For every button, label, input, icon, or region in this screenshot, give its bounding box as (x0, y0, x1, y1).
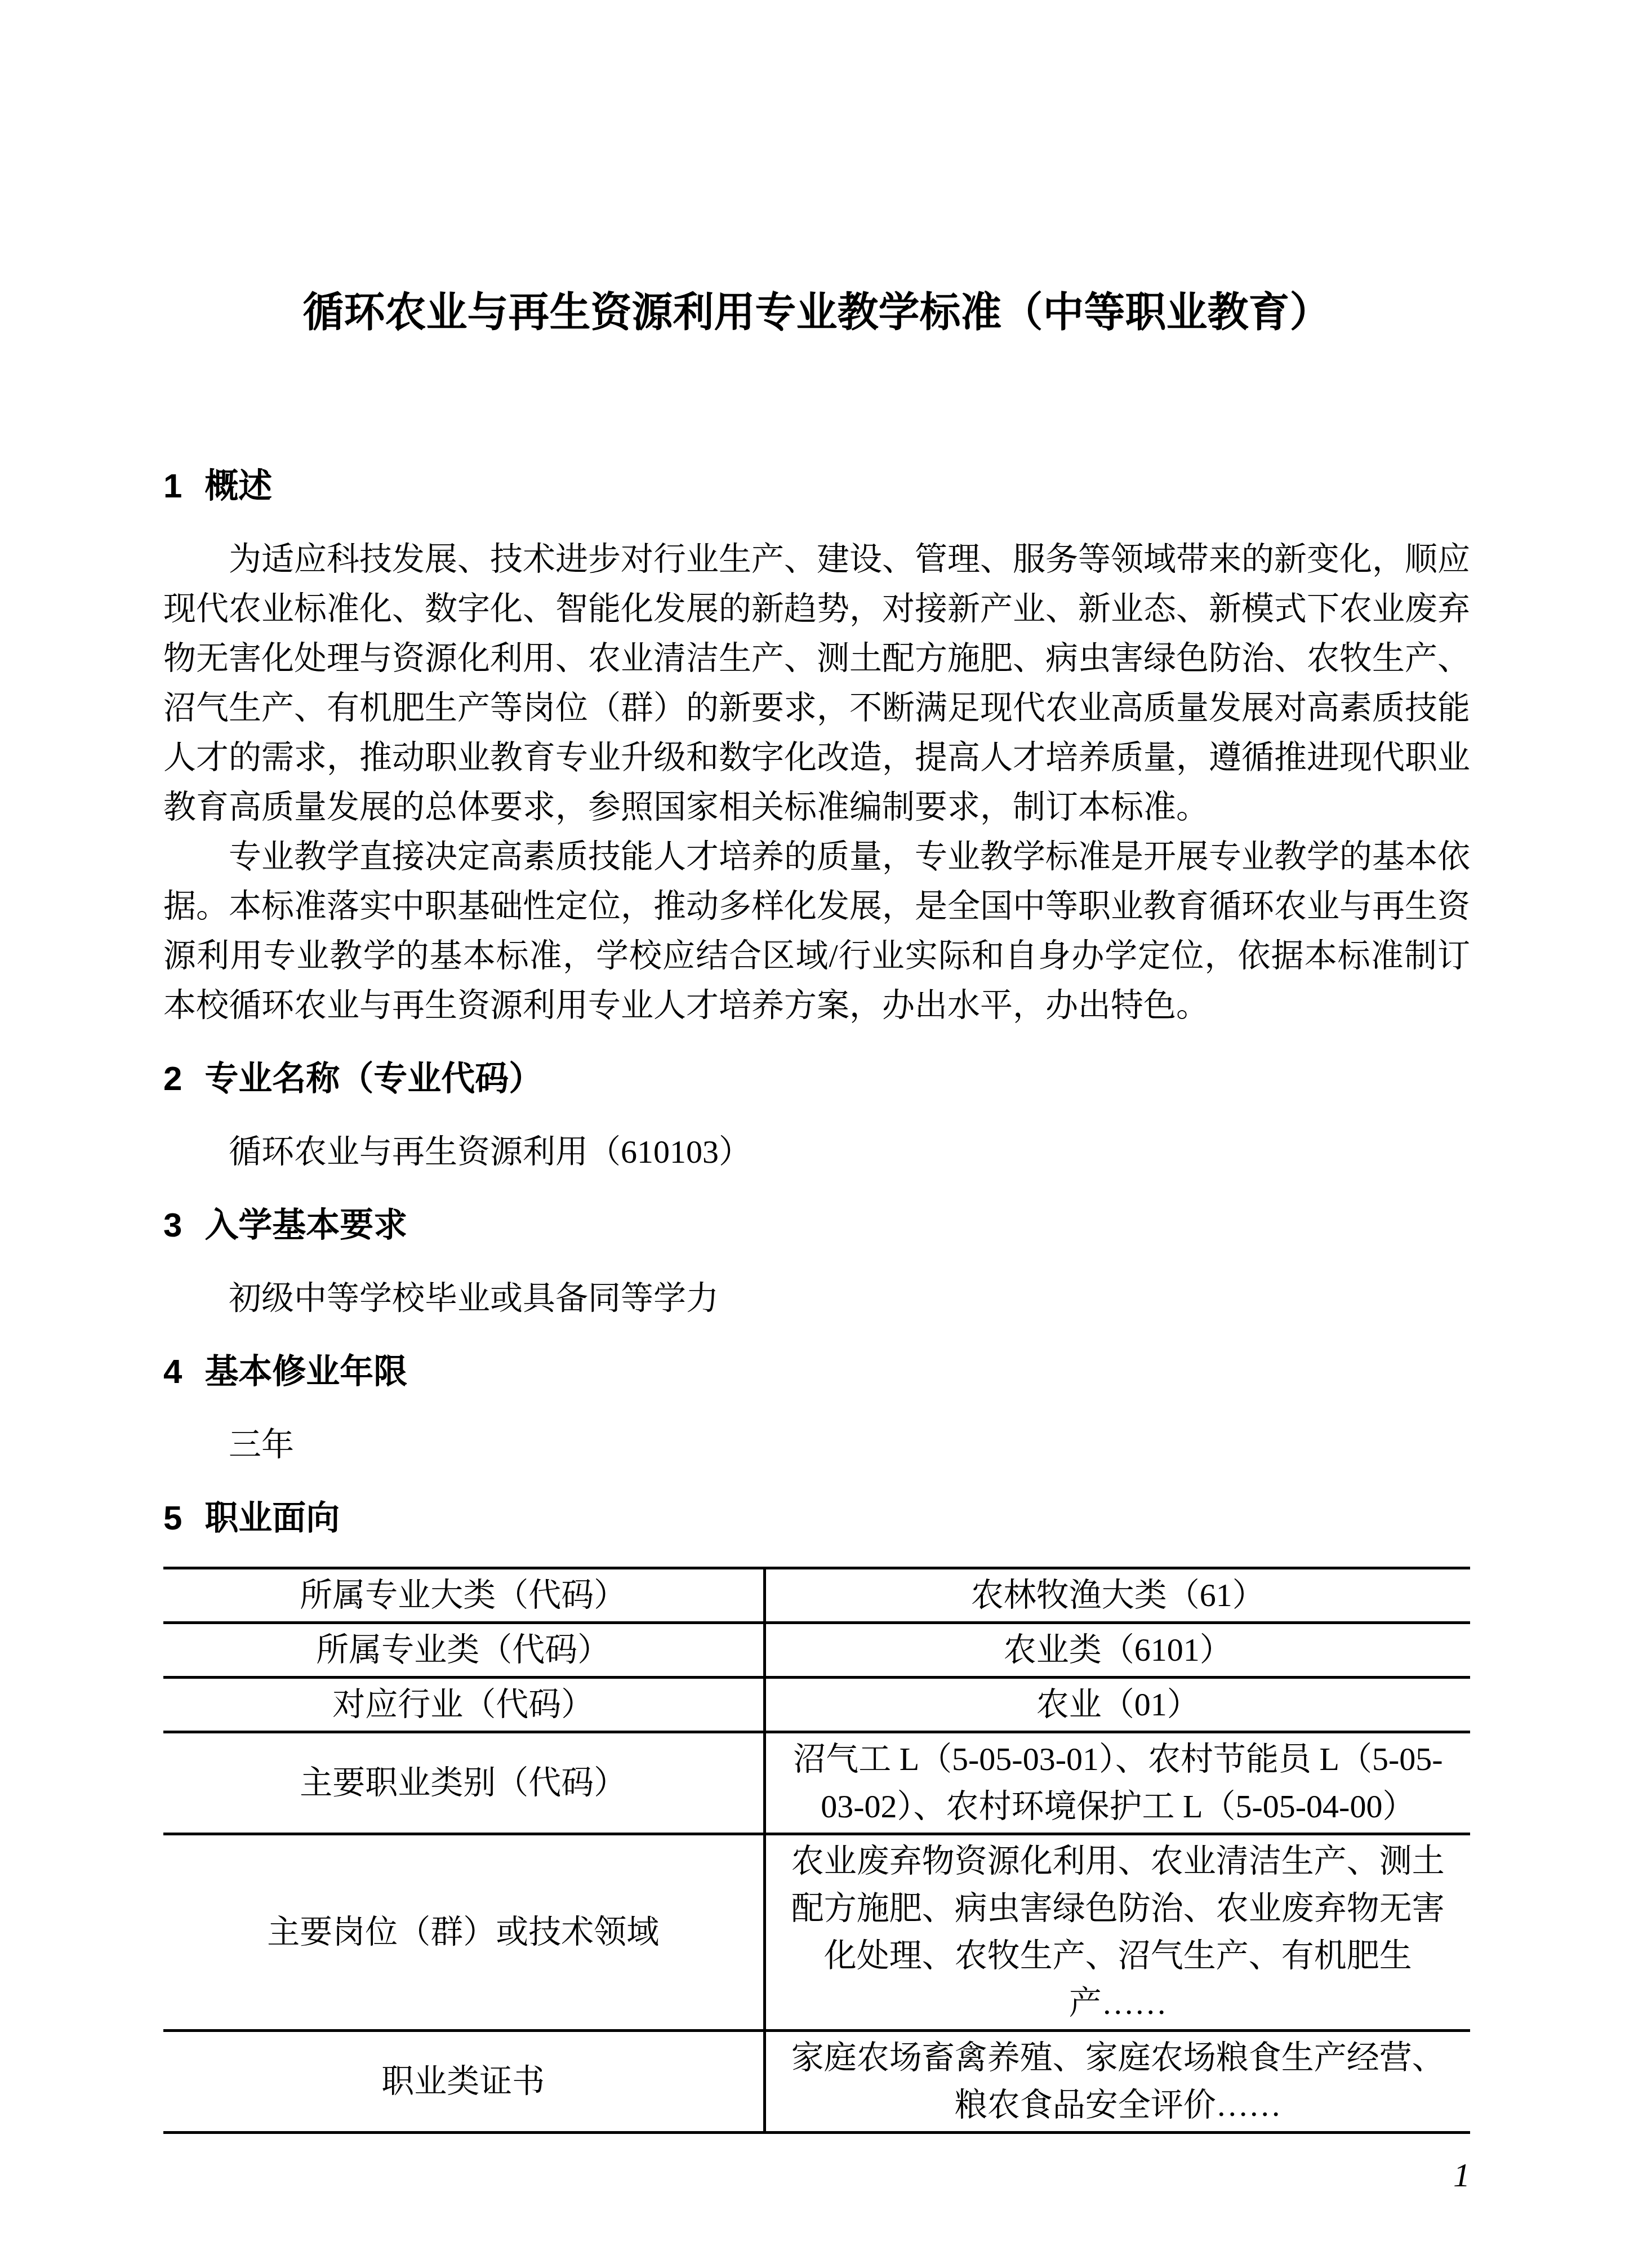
section-heading-label: 概述 (204, 467, 272, 505)
table-value-cell: 沼气工 L（5-05-03-01）、农村节能员 L（5-05-03-02）、农村… (764, 1732, 1470, 1834)
section-heading-label: 入学基本要求 (204, 1206, 407, 1244)
section-heading-label: 职业面向 (204, 1499, 340, 1537)
section-number: 5 (163, 1492, 182, 1544)
table-value-cell: 家庭农场畜禽养殖、家庭农场粮食生产经营、粮农食品安全评价…… (764, 2031, 1470, 2133)
table-row: 对应行业（代码） 农业（01） (163, 1678, 1470, 1732)
overview-paragraph-2: 专业教学直接决定高素质技能人才培养的质量，专业教学标准是开展专业教学的基本依据。… (163, 832, 1470, 1030)
table-label-cell: 所属专业大类（代码） (163, 1568, 764, 1623)
section-number: 3 (163, 1199, 182, 1251)
career-orientation-table: 所属专业大类（代码） 农林牧渔大类（61） 所属专业类（代码） 农业类（6101… (163, 1567, 1470, 2134)
section-heading-study-duration: 4基本修业年限 (163, 1346, 1470, 1398)
table-value-cell: 农业类（6101） (764, 1623, 1470, 1678)
document-title: 循环农业与再生资源利用专业教学标准（中等职业教育） (163, 0, 1470, 341)
section-heading-label: 基本修业年限 (204, 1353, 407, 1390)
section-heading-career-orientation: 5职业面向 (163, 1492, 1470, 1544)
entry-requirement-content: 初级中等学校毕业或具备同等学力 (163, 1274, 1470, 1323)
table-label-cell: 主要职业类别（代码） (163, 1732, 764, 1834)
section-heading-label: 专业名称（专业代码） (204, 1060, 542, 1097)
section-heading-overview: 1概述 (163, 460, 1470, 512)
table-row: 主要岗位（群）或技术领域 农业废弃物资源化利用、农业清洁生产、测土配方施肥、病虫… (163, 1834, 1470, 2031)
table-label-cell: 主要岗位（群）或技术领域 (163, 1834, 764, 2031)
study-duration-content: 三年 (163, 1420, 1470, 1470)
section-heading-major-name: 2专业名称（专业代码） (163, 1053, 1470, 1105)
table-row: 所属专业类（代码） 农业类（6101） (163, 1623, 1470, 1678)
table-label-cell: 所属专业类（代码） (163, 1623, 764, 1678)
document-page: 循环农业与再生资源利用专业教学标准（中等职业教育） 1概述 为适应科技发展、技术… (0, 0, 1625, 2268)
table-row: 所属专业大类（代码） 农林牧渔大类（61） (163, 1568, 1470, 1623)
table-row: 主要职业类别（代码） 沼气工 L（5-05-03-01）、农村节能员 L（5-0… (163, 1732, 1470, 1834)
page-number: 1 (163, 2150, 1470, 2200)
table-value-cell: 农业废弃物资源化利用、农业清洁生产、测土配方施肥、病虫害绿色防治、农业废弃物无害… (764, 1834, 1470, 2031)
section-number: 4 (163, 1346, 182, 1398)
section-number: 2 (163, 1053, 182, 1105)
table-value-cell: 农林牧渔大类（61） (764, 1568, 1470, 1623)
table-row: 职业类证书 家庭农场畜禽养殖、家庭农场粮食生产经营、粮农食品安全评价…… (163, 2031, 1470, 2133)
major-name-content: 循环农业与再生资源利用（610103） (163, 1127, 1470, 1177)
table-value-cell: 农业（01） (764, 1678, 1470, 1732)
section-number: 1 (163, 460, 182, 512)
section-heading-entry-requirement: 3入学基本要求 (163, 1199, 1470, 1251)
table-label-cell: 对应行业（代码） (163, 1678, 764, 1732)
overview-paragraph-1: 为适应科技发展、技术进步对行业生产、建设、管理、服务等领域带来的新变化，顺应现代… (163, 535, 1470, 832)
table-label-cell: 职业类证书 (163, 2031, 764, 2133)
